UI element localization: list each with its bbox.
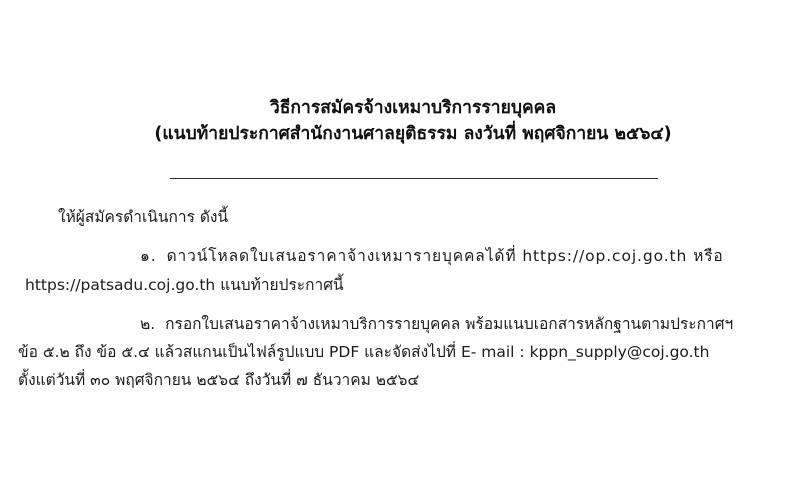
document-title: วิธีการสมัครจ้างเหมาบริการรายบุคคล xyxy=(0,93,800,121)
item-text-tail: หรือ xyxy=(693,247,724,265)
title-divider xyxy=(170,178,658,179)
download-link-op[interactable]: https://op.coj.go.th xyxy=(522,247,687,265)
document-subtitle: (แนบท้ายประกาศสำนักงานศาลยุติธรรม ลงวันท… xyxy=(0,119,800,147)
document-page: วิธีการสมัครจ้างเหมาบริการรายบุคคล (แนบท… xyxy=(0,0,800,488)
list-item-2-dates: ตั้งแต่วันที่ ๓๐ พฤศจิกายน ๒๕๖๔ ถึงวันที… xyxy=(18,367,419,392)
item-text: แนบท้ายประกาศนี้ xyxy=(220,276,343,294)
download-link-patsadu[interactable]: https://patsadu.coj.go.th xyxy=(25,276,215,294)
item-number: ๑. xyxy=(140,247,157,265)
list-item-1-continuation: https://patsadu.coj.go.th แนบท้ายประกาศน… xyxy=(25,272,344,297)
item-text: กรอกใบเสนอราคาจ้างเหมาบริการรายบุคคล พร้… xyxy=(165,315,733,333)
item-number: ๒. xyxy=(140,315,155,333)
intro-text: ให้ผู้สมัครดำเนินการ ดังนี้ xyxy=(58,204,228,229)
item-text: ข้อ ๕.๒ ถึง ข้อ ๕.๔ แล้วสแกนเป็นไฟล์รูปแ… xyxy=(18,343,525,361)
list-item-1: ๑.ดาวน์โหลดใบเสนอราคาจ้างเหมารายบุคคลได้… xyxy=(140,243,724,268)
list-item-2: ๒.กรอกใบเสนอราคาจ้างเหมาบริการรายบุคคล พ… xyxy=(140,311,733,336)
item-text: ดาวน์โหลดใบเสนอราคาจ้างเหมารายบุคคลได้ที… xyxy=(167,247,517,265)
list-item-2-continuation: ข้อ ๕.๒ ถึง ข้อ ๕.๔ แล้วสแกนเป็นไฟล์รูปแ… xyxy=(18,339,709,364)
email-link[interactable]: kppn_supply@coj.go.th xyxy=(530,343,710,361)
